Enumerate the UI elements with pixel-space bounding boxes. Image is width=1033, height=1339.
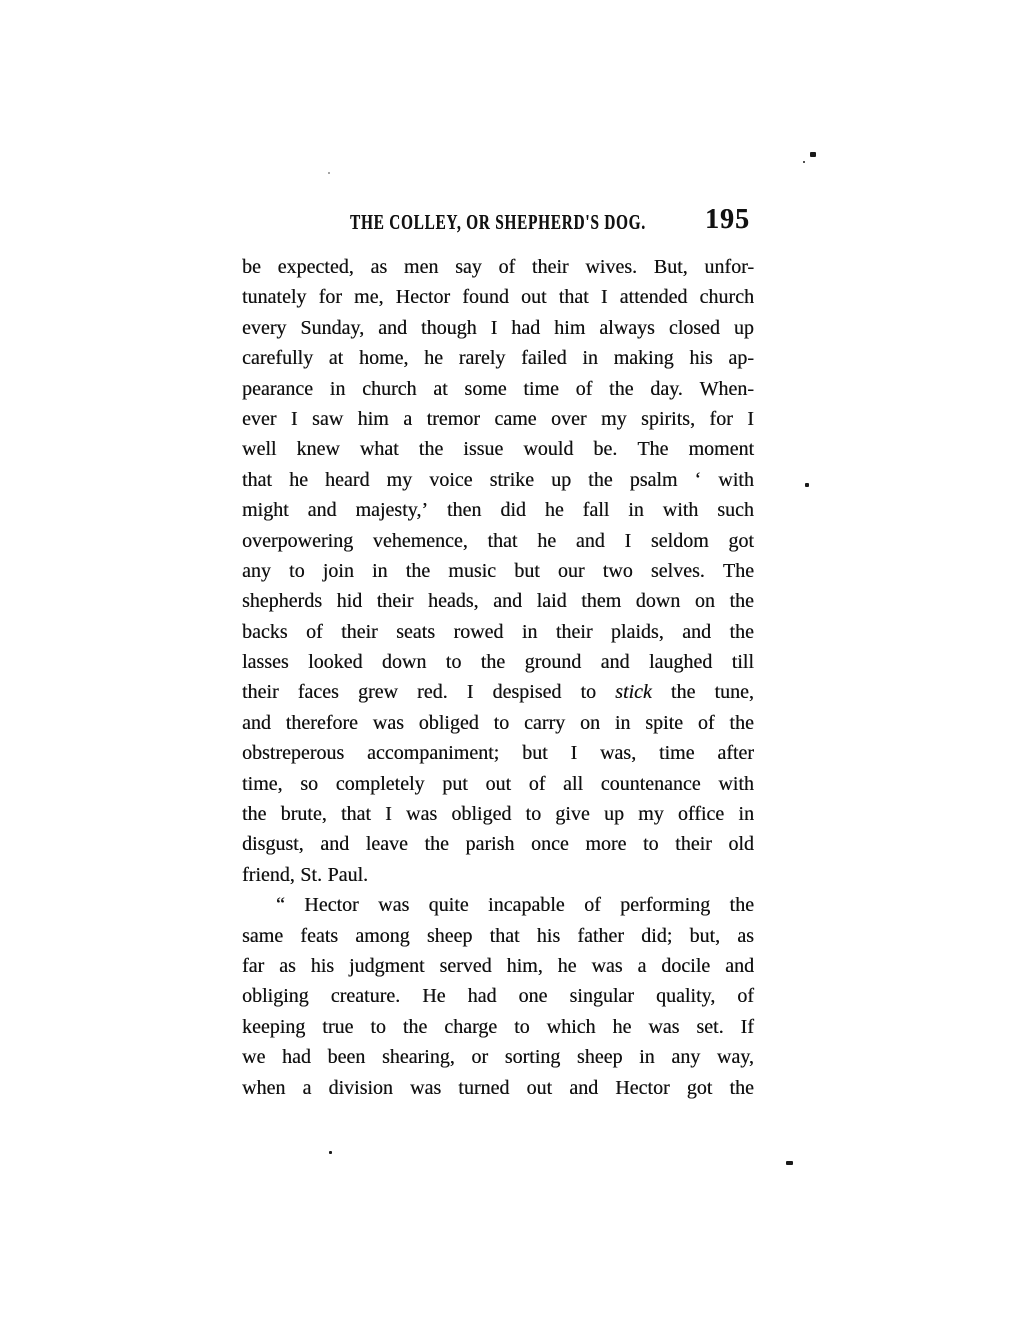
word: looked <box>308 647 362 677</box>
text-line: pearanceinchurchatsometimeoftheday.When- <box>242 374 754 404</box>
word: that <box>488 526 518 556</box>
word: in <box>615 708 631 738</box>
word: obliged <box>419 708 479 738</box>
word: expected, <box>278 252 354 282</box>
text-line: obstreperousaccompaniment;butIwas,timeaf… <box>242 738 754 768</box>
text-line: overpoweringvehemence,thatheandIseldomgo… <box>242 526 754 556</box>
word: to <box>494 708 510 738</box>
word: came <box>494 404 536 434</box>
word: seats <box>396 617 435 647</box>
word: to <box>526 799 542 829</box>
word: every <box>242 313 286 343</box>
word: turned <box>458 1073 509 1103</box>
word: the <box>729 586 753 616</box>
word: to <box>514 1012 530 1042</box>
word: as <box>737 921 754 951</box>
word: voice <box>429 465 472 495</box>
word: set. <box>696 1012 723 1042</box>
word: division <box>328 1073 392 1103</box>
word: ever <box>242 404 276 434</box>
word: that <box>341 799 371 829</box>
word: time <box>659 738 695 768</box>
word: got <box>728 526 754 556</box>
word: among <box>355 921 409 951</box>
text-line: disgust,andleavetheparishoncemoretotheir… <box>242 829 754 859</box>
text-line: “Hectorwasquiteincapableofperformingthe <box>242 890 754 920</box>
word: he <box>289 465 308 495</box>
word: would <box>523 434 573 464</box>
word: spirits, <box>641 404 695 434</box>
text-line: anytojoininthemusicbutourtwoselves.The <box>242 556 754 586</box>
word: on <box>580 708 600 738</box>
word: their <box>242 677 279 707</box>
word: despised <box>492 677 561 707</box>
page-header: THE COLLEY, OR SHEPHERD'S DOG. 195 <box>242 208 754 238</box>
page-number: 195 <box>705 204 750 236</box>
word: But, <box>654 252 688 282</box>
word: of <box>737 981 754 1011</box>
word: the <box>419 434 443 464</box>
word: till <box>732 647 754 677</box>
word: tremor <box>427 404 480 434</box>
word: when <box>242 1073 285 1103</box>
text-line: beexpected,asmensayoftheirwives.But,unfo… <box>242 252 754 282</box>
word: lasses <box>242 647 289 677</box>
word: heard <box>325 465 369 495</box>
word: overpowering <box>242 526 353 556</box>
word: the <box>403 1012 427 1042</box>
word: in <box>738 799 754 829</box>
scan-speck <box>805 483 809 487</box>
word: in <box>628 495 644 525</box>
word: my <box>638 799 664 829</box>
word: at <box>329 343 343 373</box>
text-line: farashisjudgmentservedhim,hewasadocilean… <box>242 951 754 981</box>
word: friend, <box>242 860 295 890</box>
word: carry <box>524 708 565 738</box>
text-line: tunatelyforme,HectorfoundoutthatIattende… <box>242 282 754 312</box>
word: up <box>734 313 754 343</box>
word: of <box>584 890 601 920</box>
word: their <box>377 586 414 616</box>
word: for <box>709 404 732 434</box>
word: and <box>242 708 271 738</box>
word: red. <box>417 677 448 707</box>
word: out <box>527 1073 553 1103</box>
word: docile <box>661 951 710 981</box>
word: them <box>581 586 621 616</box>
word: the <box>609 374 633 404</box>
word: him <box>358 404 389 434</box>
text-line: keepingtruetothechargetowhichhewasset.If <box>242 1012 754 1042</box>
text-line: mightandmajesty,’thendidhefallinwithsuch <box>242 495 754 525</box>
word: any <box>671 1042 700 1072</box>
word: attended <box>620 282 688 312</box>
word: failed <box>521 343 567 373</box>
word: rarely <box>459 343 506 373</box>
word: at <box>433 374 447 404</box>
word: true <box>322 1012 353 1042</box>
word: served <box>439 951 491 981</box>
word: performing <box>620 890 710 920</box>
word: wives. <box>585 252 637 282</box>
word: the <box>729 1073 753 1103</box>
word: the <box>729 708 753 738</box>
word: unfor- <box>704 252 754 282</box>
word: I <box>491 313 498 343</box>
word: pearance <box>242 374 313 404</box>
word: the <box>425 829 449 859</box>
word: plaids, <box>611 617 664 647</box>
word: the <box>729 617 753 647</box>
word: heads, <box>428 586 479 616</box>
word: out <box>485 769 511 799</box>
word: to <box>446 647 462 677</box>
word: on <box>695 586 715 616</box>
text-line: time,socompletelyputoutofallcountenancew… <box>242 769 754 799</box>
text-line: carefullyathome,herarelyfailedinmakinghi… <box>242 343 754 373</box>
word: of <box>306 617 323 647</box>
word: Hector <box>304 890 358 920</box>
word: did <box>500 495 526 525</box>
word: church <box>700 282 754 312</box>
word: strike <box>490 465 534 495</box>
word: leave <box>366 829 408 859</box>
text-line: andthereforewasobligedtocarryoninspiteof… <box>242 708 754 738</box>
word: me, <box>354 282 383 312</box>
word: shearing, <box>382 1042 455 1072</box>
word: carefully <box>242 343 313 373</box>
word: that <box>242 465 272 495</box>
word: was <box>373 708 404 738</box>
word: over <box>551 404 587 434</box>
word: charge <box>444 1012 497 1042</box>
text-line: thatheheardmyvoicestrikeupthepsalm‘with <box>242 465 754 495</box>
text-line: whenadivisionwasturnedoutandHectorgotthe <box>242 1073 754 1103</box>
text-line: wehadbeenshearing,orsortingsheepinanyway… <box>242 1042 754 1072</box>
word: music <box>448 556 496 586</box>
word: did; <box>641 921 672 951</box>
word: always <box>599 313 655 343</box>
scan-speck <box>803 161 805 163</box>
word: found <box>462 282 509 312</box>
word: brute, <box>281 799 327 829</box>
body-text: beexpected,asmensayoftheirwives.But,unfo… <box>242 252 754 1103</box>
word: all <box>563 769 583 799</box>
word: incapable <box>488 890 565 920</box>
word: up <box>604 799 624 829</box>
word: in <box>372 556 388 586</box>
word: that <box>559 282 589 312</box>
word: in <box>582 343 598 373</box>
word: seldom <box>651 526 709 556</box>
word: sheep <box>427 921 473 951</box>
word: my <box>601 404 627 434</box>
scan-speck <box>328 172 330 174</box>
word: that <box>490 921 520 951</box>
word: backs <box>242 617 288 647</box>
text-line: lasseslookeddowntothegroundandlaughedtil… <box>242 647 754 677</box>
word: singular <box>569 981 633 1011</box>
word: laid <box>537 586 567 616</box>
word: Sunday, <box>300 313 364 343</box>
text-line: thebrute,thatIwasobligedtogiveupmyoffice… <box>242 799 754 829</box>
word: obstreperous <box>242 738 344 768</box>
text-line: everySunday,andthoughIhadhimalwaysclosed… <box>242 313 754 343</box>
word: rowed <box>453 617 503 647</box>
word: to <box>643 829 659 859</box>
word: their <box>341 617 378 647</box>
word: therefore <box>286 708 358 738</box>
word: for <box>319 282 342 312</box>
word: say <box>455 252 482 282</box>
word: and <box>320 829 349 859</box>
word: up <box>551 465 571 495</box>
word: day. <box>650 374 683 404</box>
running-title: THE COLLEY, OR SHEPHERD'S DOG. <box>314 210 683 235</box>
word: sorting <box>505 1042 561 1072</box>
word: with <box>718 465 754 495</box>
word: his <box>689 343 712 373</box>
word: more <box>585 829 626 859</box>
word: completely <box>336 769 425 799</box>
word: St. <box>300 860 322 890</box>
word: some <box>464 374 506 404</box>
word: he <box>612 1012 631 1042</box>
word: in <box>330 374 346 404</box>
word: and <box>493 586 522 616</box>
word: quality, <box>656 981 715 1011</box>
word: I <box>291 404 298 434</box>
word: our <box>558 556 585 586</box>
word: to <box>580 677 596 707</box>
word: stick <box>615 677 652 707</box>
book-page: THE COLLEY, OR SHEPHERD'S DOG. 195 beexp… <box>0 0 1033 1339</box>
word: knew <box>296 434 339 464</box>
text-line: obligingcreature.Hehadonesingularquality… <box>242 981 754 1011</box>
word: be <box>242 252 261 282</box>
word: and <box>576 526 605 556</box>
word: one <box>519 981 548 1011</box>
word: of <box>576 374 593 404</box>
word: I <box>467 677 474 707</box>
word: in <box>639 1042 655 1072</box>
word: and <box>308 495 337 525</box>
word: my <box>387 465 413 495</box>
word: the <box>671 677 695 707</box>
word: spite <box>645 708 683 738</box>
word: he <box>537 526 556 556</box>
word: but, <box>689 921 720 951</box>
word: He <box>422 981 445 1011</box>
word: making <box>614 343 674 373</box>
word: a <box>637 951 646 981</box>
word: once <box>531 829 569 859</box>
word: had <box>282 1042 311 1072</box>
scan-speck <box>810 152 816 157</box>
word: might <box>242 495 289 525</box>
word: disgust, <box>242 829 304 859</box>
word: majesty,’ <box>355 495 428 525</box>
word: had <box>511 313 540 343</box>
word: as <box>279 951 296 981</box>
word: ‘ <box>695 465 702 495</box>
word: any <box>242 556 271 586</box>
word: parish <box>466 829 515 859</box>
word: him <box>554 313 585 343</box>
word: judgment <box>349 951 425 981</box>
word: issue <box>463 434 503 464</box>
word: obliging <box>242 981 309 1011</box>
word: then <box>447 495 481 525</box>
word: way, <box>717 1042 754 1072</box>
word: The <box>723 556 754 586</box>
word: his <box>311 951 334 981</box>
word: ap- <box>728 343 754 373</box>
word: When- <box>700 374 754 404</box>
word: saw <box>312 404 343 434</box>
word: he <box>558 951 577 981</box>
word: I <box>624 526 631 556</box>
word: of <box>529 769 546 799</box>
word: was <box>591 951 622 981</box>
word: the <box>481 647 505 677</box>
word: tunately <box>242 282 306 312</box>
word: laughed <box>649 647 712 677</box>
word: give <box>555 799 589 829</box>
word: down <box>382 647 426 677</box>
word: office <box>678 799 724 829</box>
word: and <box>601 647 630 677</box>
word: fall <box>583 495 610 525</box>
word: grew <box>358 677 398 707</box>
word: the <box>242 799 266 829</box>
word: vehemence, <box>373 526 468 556</box>
word: join <box>323 556 354 586</box>
word: closed <box>669 313 720 343</box>
word: as <box>370 252 387 282</box>
text-line: friend,St.Paul. <box>242 860 754 890</box>
word: same <box>242 921 283 951</box>
word: I <box>601 282 608 312</box>
word: men <box>404 252 438 282</box>
word: two <box>603 556 633 586</box>
word: had <box>468 981 497 1011</box>
word: creature. <box>331 981 400 1011</box>
word: moment <box>688 434 754 464</box>
word: such <box>717 495 754 525</box>
word: and <box>569 1073 598 1103</box>
word: I <box>570 738 577 768</box>
word: was <box>406 799 437 829</box>
word: of <box>499 252 516 282</box>
word: we <box>242 1042 265 1072</box>
word: was, <box>600 738 636 768</box>
word: The <box>637 434 668 464</box>
word: keeping <box>242 1012 305 1042</box>
word: If <box>741 1012 754 1042</box>
word: a <box>403 404 412 434</box>
word: though <box>421 313 477 343</box>
word: their <box>556 617 593 647</box>
word: selves. <box>651 556 705 586</box>
word: the <box>730 890 754 920</box>
word: tune, <box>714 677 753 707</box>
word: sheep <box>577 1042 623 1072</box>
word: with <box>718 769 754 799</box>
text-line: wellknewwhattheissuewouldbe.Themoment <box>242 434 754 464</box>
word: was <box>410 1073 441 1103</box>
word: out <box>521 282 547 312</box>
word: time <box>523 374 559 404</box>
word: which <box>547 1012 596 1042</box>
text-line: theirfacesgrewred.Idespisedtostickthetun… <box>242 677 754 707</box>
text-line: everIsawhimatremorcameovermyspirits,forI <box>242 404 754 434</box>
text-line: shepherdshidtheirheads,andlaidthemdownon… <box>242 586 754 616</box>
word: Hector <box>396 282 450 312</box>
word: obliged <box>451 799 511 829</box>
word: the <box>406 556 430 586</box>
word: he <box>424 343 443 373</box>
word: was <box>378 890 409 920</box>
word: so <box>300 769 318 799</box>
word: down <box>636 586 680 616</box>
word: church <box>362 374 416 404</box>
scan-speck <box>329 1151 332 1154</box>
word: Hector <box>615 1073 669 1103</box>
word: faces <box>298 677 339 707</box>
word: of <box>698 708 715 738</box>
word: home, <box>359 343 408 373</box>
word: far <box>242 951 264 981</box>
word: but <box>514 556 540 586</box>
word: a <box>302 1073 311 1103</box>
word: what <box>360 434 399 464</box>
word: countenance <box>601 769 701 799</box>
word: shepherds <box>242 586 322 616</box>
word: I <box>747 404 754 434</box>
word: quite <box>429 890 469 920</box>
word: he <box>545 495 564 525</box>
word: accompaniment; <box>367 738 499 768</box>
text-line: samefeatsamongsheepthathisfatherdid;but,… <box>242 921 754 951</box>
word: father <box>577 921 624 951</box>
word: well <box>242 434 276 464</box>
word: “ <box>276 890 285 920</box>
word: their <box>675 829 712 859</box>
word: feats <box>300 921 338 951</box>
word: him, <box>507 951 543 981</box>
word: after <box>717 738 754 768</box>
word: his <box>537 921 560 951</box>
word: to <box>370 1012 386 1042</box>
word: I <box>385 799 392 829</box>
word: and <box>682 617 711 647</box>
word: and <box>725 951 754 981</box>
word: in <box>522 617 538 647</box>
word: ground <box>525 647 582 677</box>
word: time, <box>242 769 283 799</box>
word: or <box>471 1042 488 1072</box>
text-line: backsoftheirseatsrowedintheirplaids,andt… <box>242 617 754 647</box>
word: the <box>588 465 612 495</box>
word: Paul. <box>327 860 368 890</box>
word: hid <box>337 586 363 616</box>
word: put <box>442 769 468 799</box>
word: psalm <box>630 465 678 495</box>
word: old <box>728 829 754 859</box>
word: be. <box>593 434 617 464</box>
